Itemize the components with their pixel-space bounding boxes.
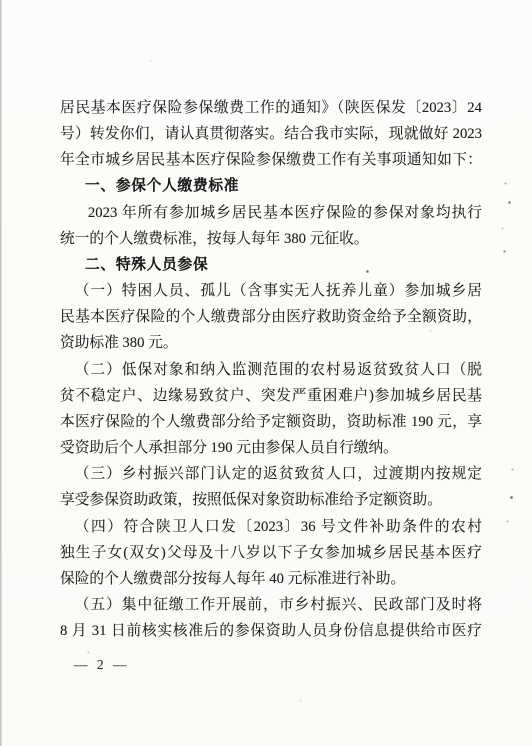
doc-line: 年全市城乡居民基本医疗保险参保缴费工作有关事项通知如下：: [60, 147, 482, 173]
doc-line: （三）乡村振兴部门认定的返贫致贫人口，过渡期内按规定: [60, 461, 482, 487]
doc-line: （二）低保对象和纳入监测范围的农村易返贫致贫人口（脱: [60, 357, 482, 383]
doc-line: 本医疗保险的个人缴费部分给予定额资助，资助标准 190 元，享: [60, 409, 482, 435]
doc-line: （一）特困人员、孤儿（含事实无人抚养儿童）参加城乡居: [60, 278, 482, 304]
doc-line: 资助标准 380 元。: [60, 330, 482, 356]
doc-line: 统一的个人缴费标准，按每人每年 380 元征收。: [60, 226, 482, 252]
doc-line: 8 月 31 日前核实核准后的参保资助人员身份信息提供给市医疗: [60, 618, 482, 644]
doc-line: 受资助后个人承担部分 190 元由参保人员自行缴纳。: [60, 435, 482, 461]
document-body-text: 居民基本医疗保险参保缴费工作的通知》（陕医保发〔2023〕24号）转发你们，请认…: [60, 95, 482, 644]
doc-line: 居民基本医疗保险参保缴费工作的通知》（陕医保发〔2023〕24: [60, 95, 482, 121]
scan-edge-line: [0, 0, 2, 746]
doc-line: 保险的个人缴费部分按每人每年 40 元标准进行补助。: [60, 566, 482, 592]
doc-line: 号）转发你们，请认真贯彻落实。结合我市实际，现就做好 2023: [60, 121, 482, 147]
doc-line: 独生子女(双女)父母及十八岁以下子女参加城乡居民基本医疗: [60, 540, 482, 566]
doc-line: 2023 年所有参加城乡居民基本医疗保险的参保对象均执行: [60, 200, 482, 226]
doc-line: 民基本医疗保险的个人缴费部分由医疗救助资金给予全额资助，: [60, 304, 482, 330]
doc-line: （四）符合陕卫人口发〔2023〕36 号文件补助条件的农村: [60, 514, 482, 540]
doc-line: （五）集中征缴工作开展前，市乡村振兴、民政部门及时将: [60, 592, 482, 618]
doc-line: 贫不稳定户、边缘易致贫户、突发严重困难户)参加城乡居民基: [60, 383, 482, 409]
section-heading: 二、特殊人员参保: [60, 252, 482, 278]
doc-line: 享受参保资助政策，按照低保对象资助标准给予定额资助。: [60, 487, 482, 513]
scan-noise-specks: [0, 0, 1, 1]
section-heading: 一、参保个人缴费标准: [60, 173, 482, 199]
page-number: — 2 —: [74, 657, 130, 673]
